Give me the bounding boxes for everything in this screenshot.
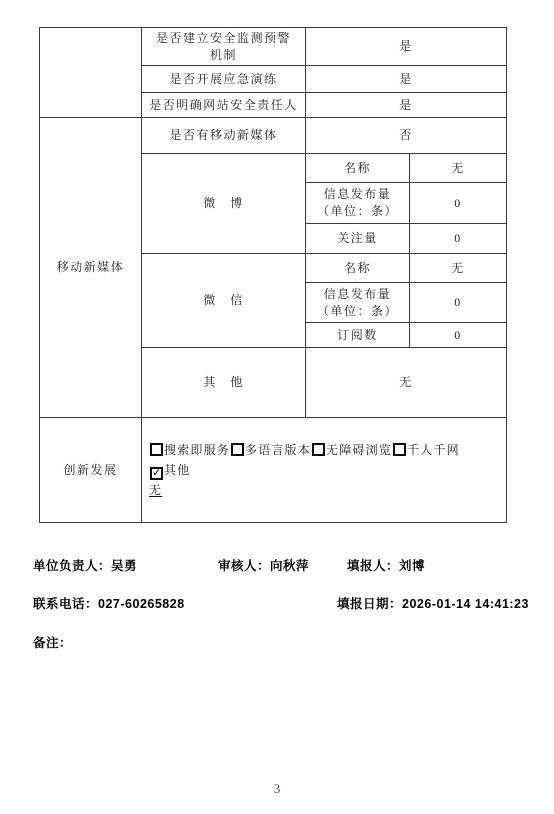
fill-date-label: 填报日期：: [337, 597, 402, 611]
option-label: 搜索即服务: [164, 443, 230, 457]
option-multilingual: 多语言版本: [230, 443, 311, 457]
reviewer: 审核人：向秋萍: [218, 556, 309, 574]
checkbox-icon[interactable]: [312, 443, 325, 456]
row-label: 是否开展应急演练: [142, 66, 306, 93]
option-label: 无障碍浏览: [326, 443, 392, 457]
row-value: 0: [410, 183, 507, 224]
option-accessibility: 无障碍浏览: [311, 443, 392, 457]
filler: 填报人：刘博: [347, 556, 425, 574]
checkbox-icon[interactable]: [393, 443, 406, 456]
option-label: 多语言版本: [245, 443, 311, 457]
row-label: 是否明确网站安全责任人: [142, 93, 306, 118]
section-cell-empty: [40, 28, 142, 118]
row-label: 信息发布量 （单位：条）: [306, 283, 410, 323]
reviewer-value: 向秋萍: [270, 559, 309, 573]
row-value: 无: [410, 154, 507, 183]
row-label: 名称: [306, 154, 410, 183]
phone-label: 联系电话：: [33, 597, 98, 611]
row-value: 无: [410, 254, 507, 283]
checkbox-icon[interactable]: [150, 443, 163, 456]
row-value: 0: [410, 323, 507, 348]
option-label: 其他: [164, 463, 190, 477]
row-value: 0: [410, 283, 507, 323]
innovation-options-line: 搜索即服务多语言版本无障碍浏览千人千网✓其他: [149, 440, 501, 480]
row-value: 是: [306, 28, 507, 66]
option-label: 千人千网: [407, 443, 460, 457]
unit-head-label: 单位负责人：: [33, 559, 111, 573]
section-label-mobile-media: 移动新媒体: [40, 118, 142, 418]
row-label: 信息发布量 （单位：条）: [306, 183, 410, 224]
row-value: 0: [410, 224, 507, 254]
report-page: 是否建立安全监测预警 机制 是 是否开展应急演练 是 是否明确网站安全责任人 是…: [0, 0, 554, 814]
option-other: ✓其他: [149, 463, 190, 477]
filler-value: 刘博: [399, 559, 425, 573]
wechat-label: 微 信: [142, 254, 306, 348]
option-personalized-web: 千人千网: [392, 443, 460, 457]
fill-date: 填报日期：2026-01-14 14:41:23: [337, 594, 529, 612]
phone-value: 027-60265828: [98, 597, 185, 611]
innovation-other-text: 无: [149, 483, 162, 497]
row-label: 订阅数: [306, 323, 410, 348]
row-label: 是否建立安全监测预警 机制: [142, 28, 306, 66]
contact-phone: 联系电话：027-60265828: [33, 594, 185, 612]
row-label: 关注量: [306, 224, 410, 254]
unit-head-value: 吴勇: [111, 559, 137, 573]
weibo-label: 微 博: [142, 154, 306, 254]
section-label-innovation: 创新发展: [40, 418, 142, 523]
row-label: 名称: [306, 254, 410, 283]
reviewer-label: 审核人：: [218, 559, 270, 573]
row-value: 是: [306, 66, 507, 93]
checkbox-icon[interactable]: [231, 443, 244, 456]
row-value: 是: [306, 93, 507, 118]
option-search-service: 搜索即服务: [149, 443, 230, 457]
unit-head: 单位负责人：吴勇: [33, 556, 137, 574]
remarks-label: 备注：: [33, 633, 72, 651]
row-value: 否: [306, 118, 507, 154]
innovation-other-line: 无: [149, 480, 501, 500]
other-media-label: 其 他: [142, 348, 306, 418]
other-media-value: 无: [306, 348, 507, 418]
innovation-content-cell: 搜索即服务多语言版本无障碍浏览千人千网✓其他 无: [142, 418, 507, 523]
page-number: 3: [0, 781, 554, 797]
annual-report-table: 是否建立安全监测预警 机制 是 是否开展应急演练 是 是否明确网站安全责任人 是…: [39, 27, 507, 523]
fill-date-value: 2026-01-14 14:41:23: [402, 597, 529, 611]
row-label: 是否有移动新媒体: [142, 118, 306, 154]
filler-label: 填报人：: [347, 559, 399, 573]
checkbox-icon-checked[interactable]: ✓: [150, 467, 163, 480]
